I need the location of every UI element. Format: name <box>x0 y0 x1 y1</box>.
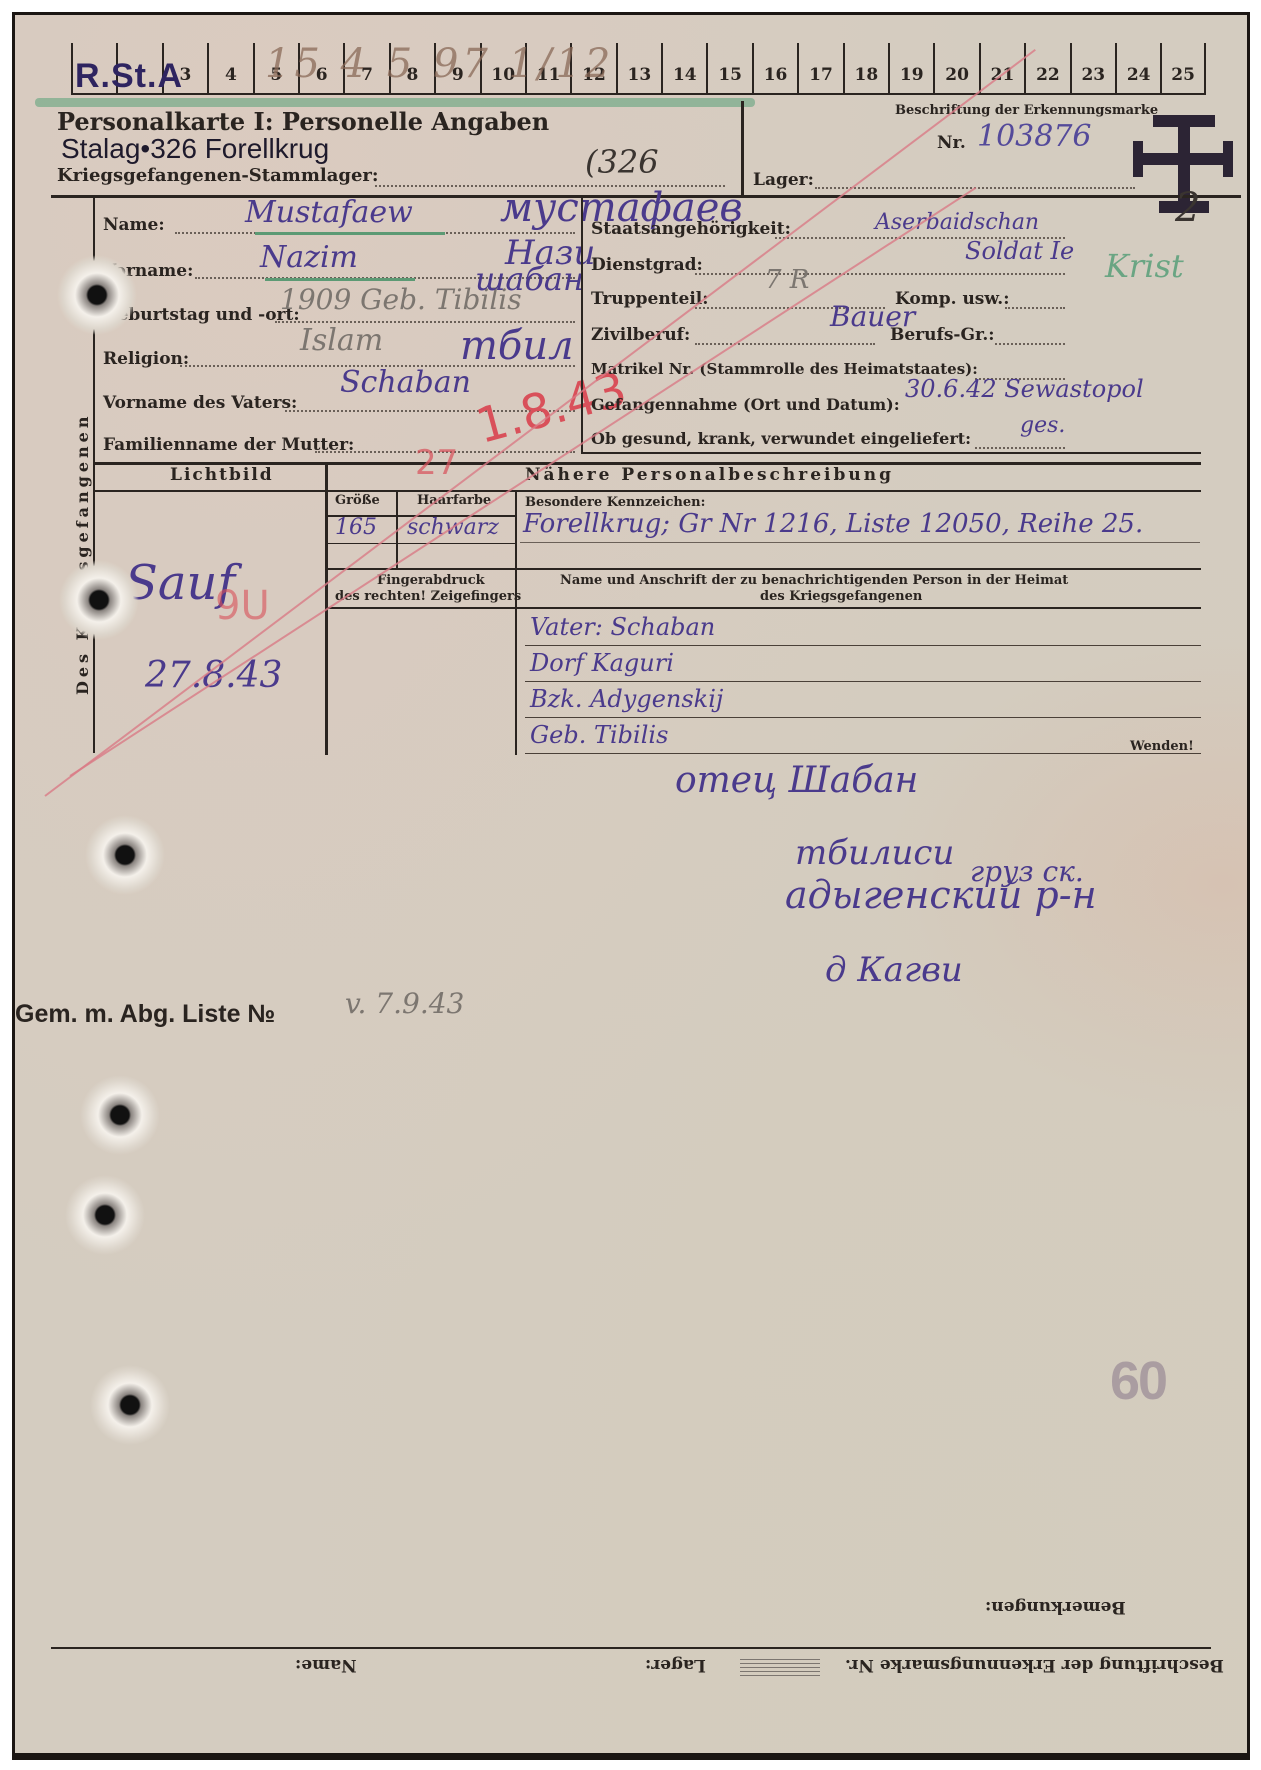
footer-name-label: Name: <box>295 1655 357 1675</box>
punch-hole <box>80 1075 160 1155</box>
dienstgrad-dots <box>695 273 1065 275</box>
strip-cell: 4 <box>207 43 252 95</box>
strip-cell: 23 <box>1070 43 1115 95</box>
strip-cell: 15 <box>706 43 751 95</box>
gefangen-label: Gefangennahme (Ort und Datum): <box>591 395 900 414</box>
marke-number: 103876 <box>977 119 1092 154</box>
cyrillic-note-line: адыгенский р-н <box>785 873 1097 917</box>
groesse-value: 165 <box>335 515 377 540</box>
name-underline <box>255 232 445 235</box>
zivilberuf-label: Zivilberuf: <box>591 325 690 345</box>
naehere-label: Nähere Personalbeschreibung <box>525 465 894 485</box>
groesse-label: Größe <box>335 493 380 508</box>
cyrillic-note-line: отец Шабан <box>675 760 918 801</box>
gesund-label: Ob gesund, krank, verwundet eingeliefert… <box>591 429 971 448</box>
lichtbild-red-mark: 9U <box>215 583 270 629</box>
vorname-value: Nazim <box>260 240 358 275</box>
fingerabdruck-label-2: des rechten! Zeigefingers <box>335 589 521 604</box>
personal-bottom-rule <box>581 452 1201 454</box>
stammlager-label: Kriegsgefangenen-Stammlager: <box>57 165 379 186</box>
zivilberuf-dots <box>695 343 875 345</box>
strip-cell: 24 <box>1115 43 1160 95</box>
strip-cell: 16 <box>752 43 797 95</box>
name-label: Name: <box>103 215 165 235</box>
truppenteil-label: Truppenteil: <box>591 289 709 309</box>
kennzeichen-value: Forellkrug; Gr Nr 1216, Liste 12050, Rei… <box>523 509 1143 539</box>
komp-dots <box>1005 307 1065 309</box>
strip-cell: 13 <box>616 43 661 95</box>
rsta-stamp: R.St.A <box>75 57 183 96</box>
stammlager-value: (326 <box>585 143 659 181</box>
cyrillic-note-line: тбилиси <box>795 833 954 873</box>
sidebar-label: Des Kriegsgefangenen <box>73 413 92 695</box>
berufs-label: Berufs-Gr.: <box>890 325 995 345</box>
address-rule <box>525 681 1201 682</box>
wenden-label: Wenden! <box>1130 739 1194 754</box>
footer-rule <box>51 1647 1211 1649</box>
gesund-value: ges. <box>1020 413 1065 438</box>
punch-hole <box>59 560 139 640</box>
fingerabdruck-label-1: Fingerabdruck <box>377 573 485 588</box>
strip-cell: 20 <box>933 43 978 95</box>
vater-value: Schaban <box>340 365 471 400</box>
truppenteil-value: 7 R <box>765 265 809 295</box>
address-line: Bzk. Adygenskij <box>530 685 723 713</box>
fingerprint-header-rule <box>328 607 1201 609</box>
gefangen-value: 30.6.42 Sewastopol <box>905 375 1144 403</box>
religion-cyrillic: тбил <box>460 323 574 369</box>
strip-handwritten-number: 15 4 5 97 1/12 <box>265 41 614 87</box>
kennzeichen-label: Besondere Kennzeichen: <box>525 495 705 510</box>
staat-label: Staatsangehörigkeit: <box>591 219 791 239</box>
strip-cell: 14 <box>661 43 706 95</box>
fingerprint-divider <box>515 490 517 755</box>
address-rule <box>525 753 1201 754</box>
personnel-card: 345678910111213141516171819202122232425 … <box>12 12 1250 1760</box>
vater-label: Vorname des Vaters: <box>103 393 297 413</box>
lichtbild-date: 27.8.43 <box>145 655 282 696</box>
page-number: 60 <box>1110 1350 1166 1412</box>
lager-label: Lager: <box>753 170 814 190</box>
erkennungsmarke-label: Beschriftung der Erkennungsmarke <box>895 103 1158 118</box>
benachrichtigen-label-1: Name und Anschrift der zu benachrichtige… <box>560 573 1068 588</box>
religion-label: Religion: <box>103 349 189 369</box>
lichtbild-label: Lichtbild <box>170 465 274 485</box>
description-header-rule <box>95 490 1201 492</box>
address-line: Dorf Kaguri <box>530 649 674 677</box>
personal-divider <box>581 198 583 453</box>
vorname-underline <box>265 278 415 281</box>
abg-value: v. 7.9.43 <box>345 987 464 1020</box>
punch-hole <box>90 1365 170 1445</box>
fingerprint-top-rule <box>328 568 1201 570</box>
religion-value: Islam <box>300 323 383 358</box>
footer-lager-label: Lager: <box>645 1655 706 1675</box>
beschriftung-label: Beschriftung der Erkennungsmarke Nr. <box>845 1655 1224 1675</box>
staat-mark: 2 <box>1175 185 1200 231</box>
address-line: Vater: Schaban <box>530 613 715 641</box>
bemerkungen-label: Bemerkungen: <box>985 1597 1126 1617</box>
card-title: Personalkarte I: Personelle Angaben <box>57 107 549 136</box>
beschriftung-lines <box>740 1659 820 1677</box>
punch-hole <box>85 815 165 895</box>
staat-value: Aserbaidschan <box>875 210 1039 235</box>
strip-cell: 18 <box>843 43 888 95</box>
benachrichtigen-label-2: des Kriegsgefangenen <box>760 589 922 604</box>
geburt-cyrillic: шабан <box>475 260 584 298</box>
address-rule <box>525 645 1201 646</box>
strip-cell: 25 <box>1160 43 1205 95</box>
address-rule <box>525 717 1201 718</box>
number-strip: 345678910111213141516171819202122232425 <box>71 43 1206 95</box>
cyrillic-note-line: д Кагви <box>825 950 963 990</box>
stalag-stamp: Stalag•326 Forellkrug <box>61 133 329 165</box>
address-line: Geb. Tibilis <box>530 721 668 749</box>
berufs-dots <box>995 343 1065 345</box>
strip-cell: 19 <box>888 43 933 95</box>
dienstgrad-green-mark: Krist <box>1105 247 1184 285</box>
strip-cell: 17 <box>797 43 842 95</box>
dienstgrad-label: Dienstgrad: <box>591 255 703 275</box>
gesund-dots <box>975 447 1065 449</box>
dienstgrad-value: Soldat Ie <box>965 237 1074 265</box>
punch-hole <box>65 1175 145 1255</box>
kennzeichen-rule <box>520 542 1200 543</box>
name-value: Mustafaew <box>245 195 413 230</box>
green-pencil-mark <box>35 98 755 107</box>
groesse-row-rule <box>328 543 516 544</box>
header-divider <box>741 101 744 195</box>
punch-hole <box>57 255 137 335</box>
red-number-stamp: 27 <box>415 443 458 483</box>
nr-label: Nr. <box>937 133 966 153</box>
abg-label: Gem. m. Abg. Liste № <box>15 1000 275 1029</box>
